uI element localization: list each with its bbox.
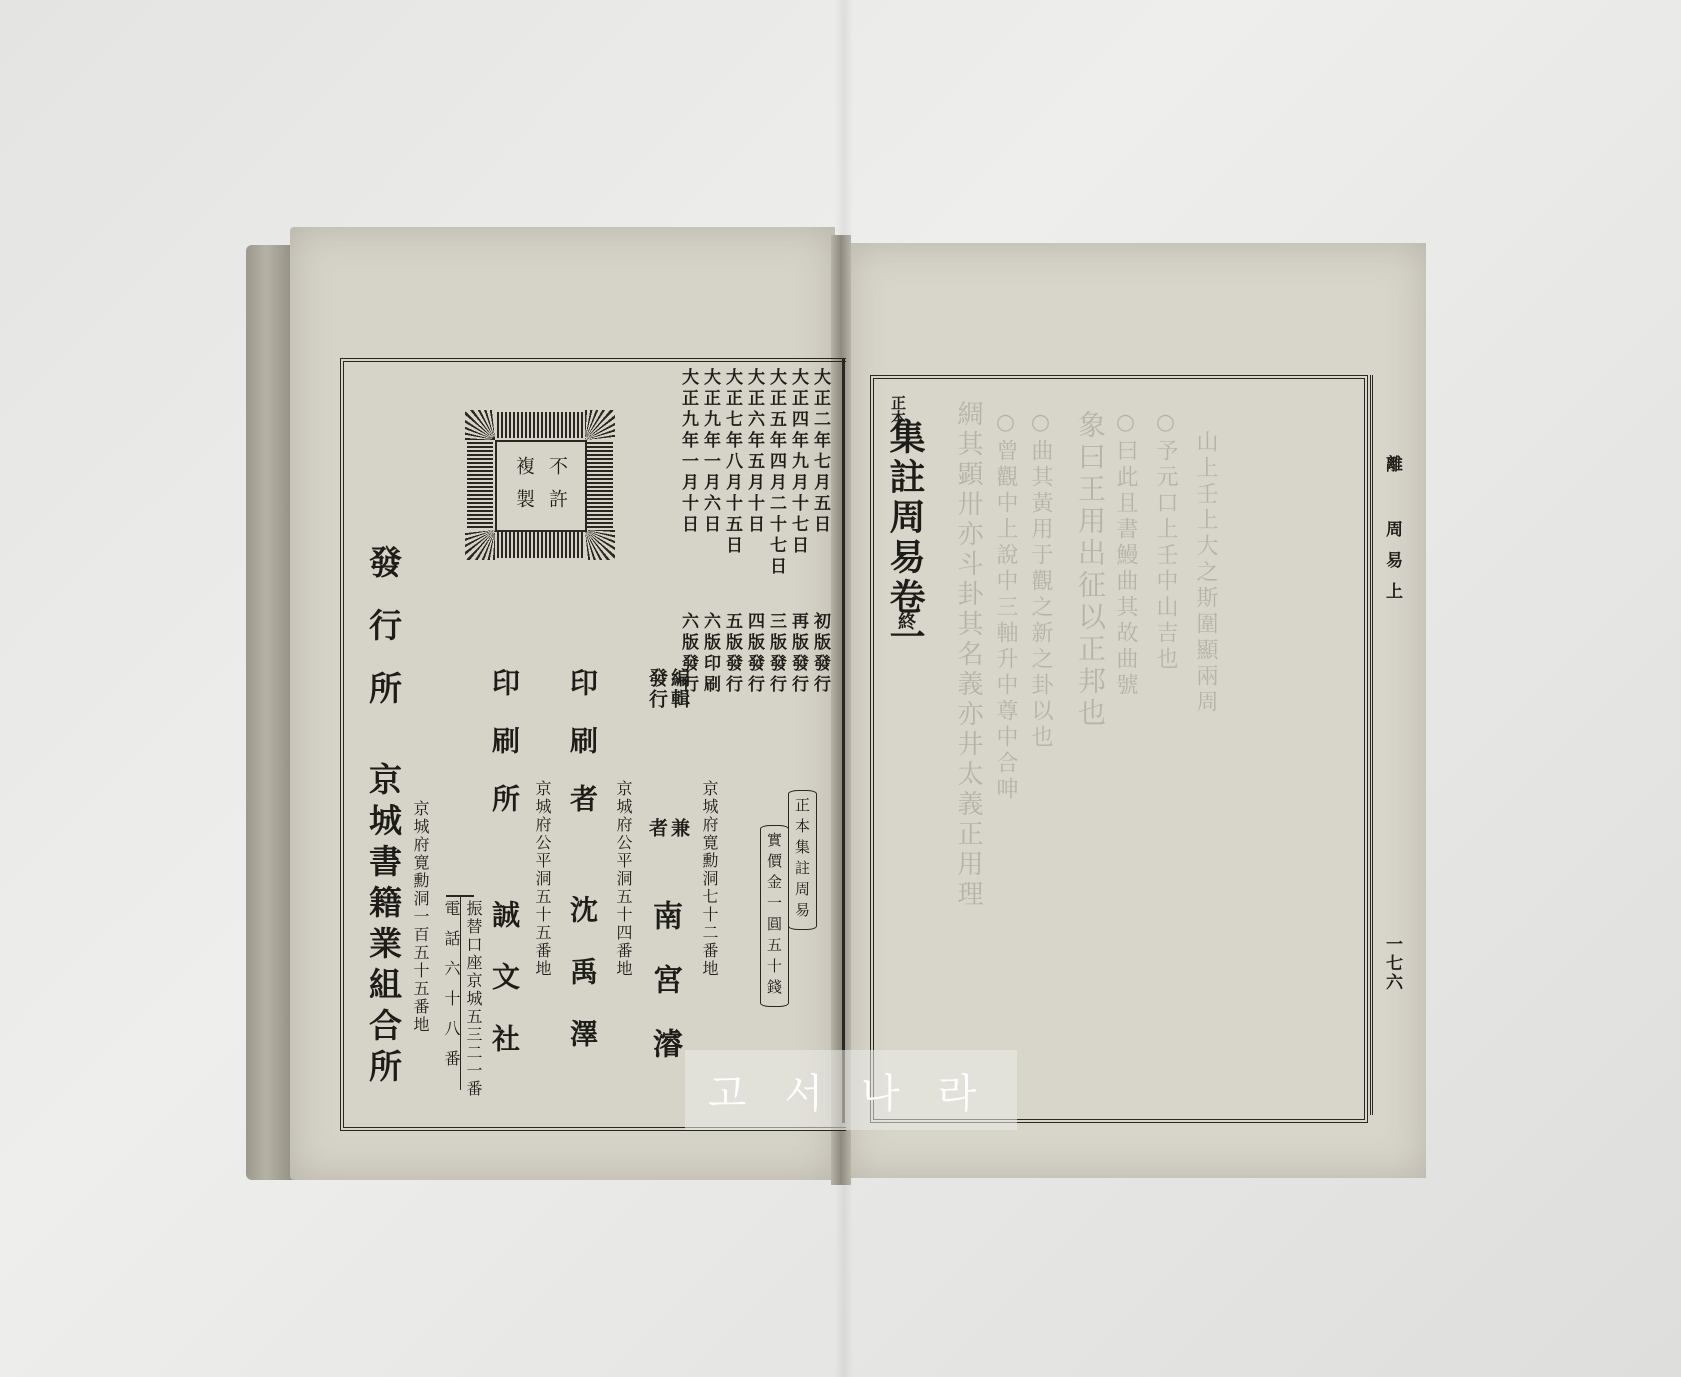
edition-date-7: 大正九年一月十日 xyxy=(676,368,700,536)
book-spine xyxy=(246,245,296,1180)
printing-house-address: 京城府公平洞五十五番地 xyxy=(531,780,554,978)
printing-house-name: 誠文社 xyxy=(484,900,524,1086)
editor-name: 南宮濬 xyxy=(642,900,686,1092)
colophon-frame-rule xyxy=(842,358,845,1123)
no-reproduction-stamp: 不許 複製 xyxy=(465,410,615,560)
transfer-account: 振替口座京城五三二一番 xyxy=(462,900,485,1098)
running-header: 離 周易上 xyxy=(1380,455,1405,613)
edition-date-6: 大正九年一月六日 xyxy=(698,368,722,536)
edition-label-6: 六版印刷 xyxy=(698,612,722,696)
printing-house-role: 印刷所 xyxy=(484,668,524,842)
printer-role: 印刷者 xyxy=(562,668,602,842)
editor-role-line2: 發行 xyxy=(644,668,671,710)
edition-label-5: 五版發行 xyxy=(720,612,744,696)
page-number: 一七六 xyxy=(1380,935,1405,992)
stamp-text-right: 不許 xyxy=(544,456,571,522)
stamp-inner-box: 不許 複製 xyxy=(495,440,587,532)
printer-name: 沈禹澤 xyxy=(562,895,602,1081)
book-title-box: 正本集註周易 xyxy=(788,790,817,930)
telephone: 電話六十八番 xyxy=(440,900,463,1080)
edition-label-2: 再版發行 xyxy=(786,612,810,696)
edition-date-1: 大正二年七月五日 xyxy=(808,368,832,536)
edition-label-3: 三版發行 xyxy=(764,612,788,696)
watermark: 고서나라 xyxy=(685,1050,1017,1130)
stamp-text-left: 複製 xyxy=(511,456,538,522)
edition-date-4: 大正六年五月十日 xyxy=(742,368,766,536)
printer-address: 京城府公平洞五十四番地 xyxy=(612,780,635,978)
editor-address: 京城府寛勳洞七十二番地 xyxy=(698,780,721,978)
margin-rule xyxy=(1370,375,1377,1115)
publishing-house-name: 京城書籍業組合所 xyxy=(360,762,407,1090)
chapter-end-mark: 終 xyxy=(892,612,918,630)
publishing-house-role: 發行所 xyxy=(360,545,407,734)
edition-date-3: 大正五年四月二十七日 xyxy=(764,368,788,578)
edition-label-1: 初版發行 xyxy=(808,612,832,696)
editor-role-tail: 者 xyxy=(644,818,671,859)
price-box: 實價金一圓五十錢 xyxy=(760,825,789,1007)
edition-label-4: 四版發行 xyxy=(742,612,766,696)
edition-date-5: 大正七年八月十五日 xyxy=(720,368,744,557)
publishing-house-address: 京城府寛勳洞一百五十五番地 xyxy=(409,800,432,1034)
edition-date-2: 大正四年九月十七日 xyxy=(786,368,810,557)
